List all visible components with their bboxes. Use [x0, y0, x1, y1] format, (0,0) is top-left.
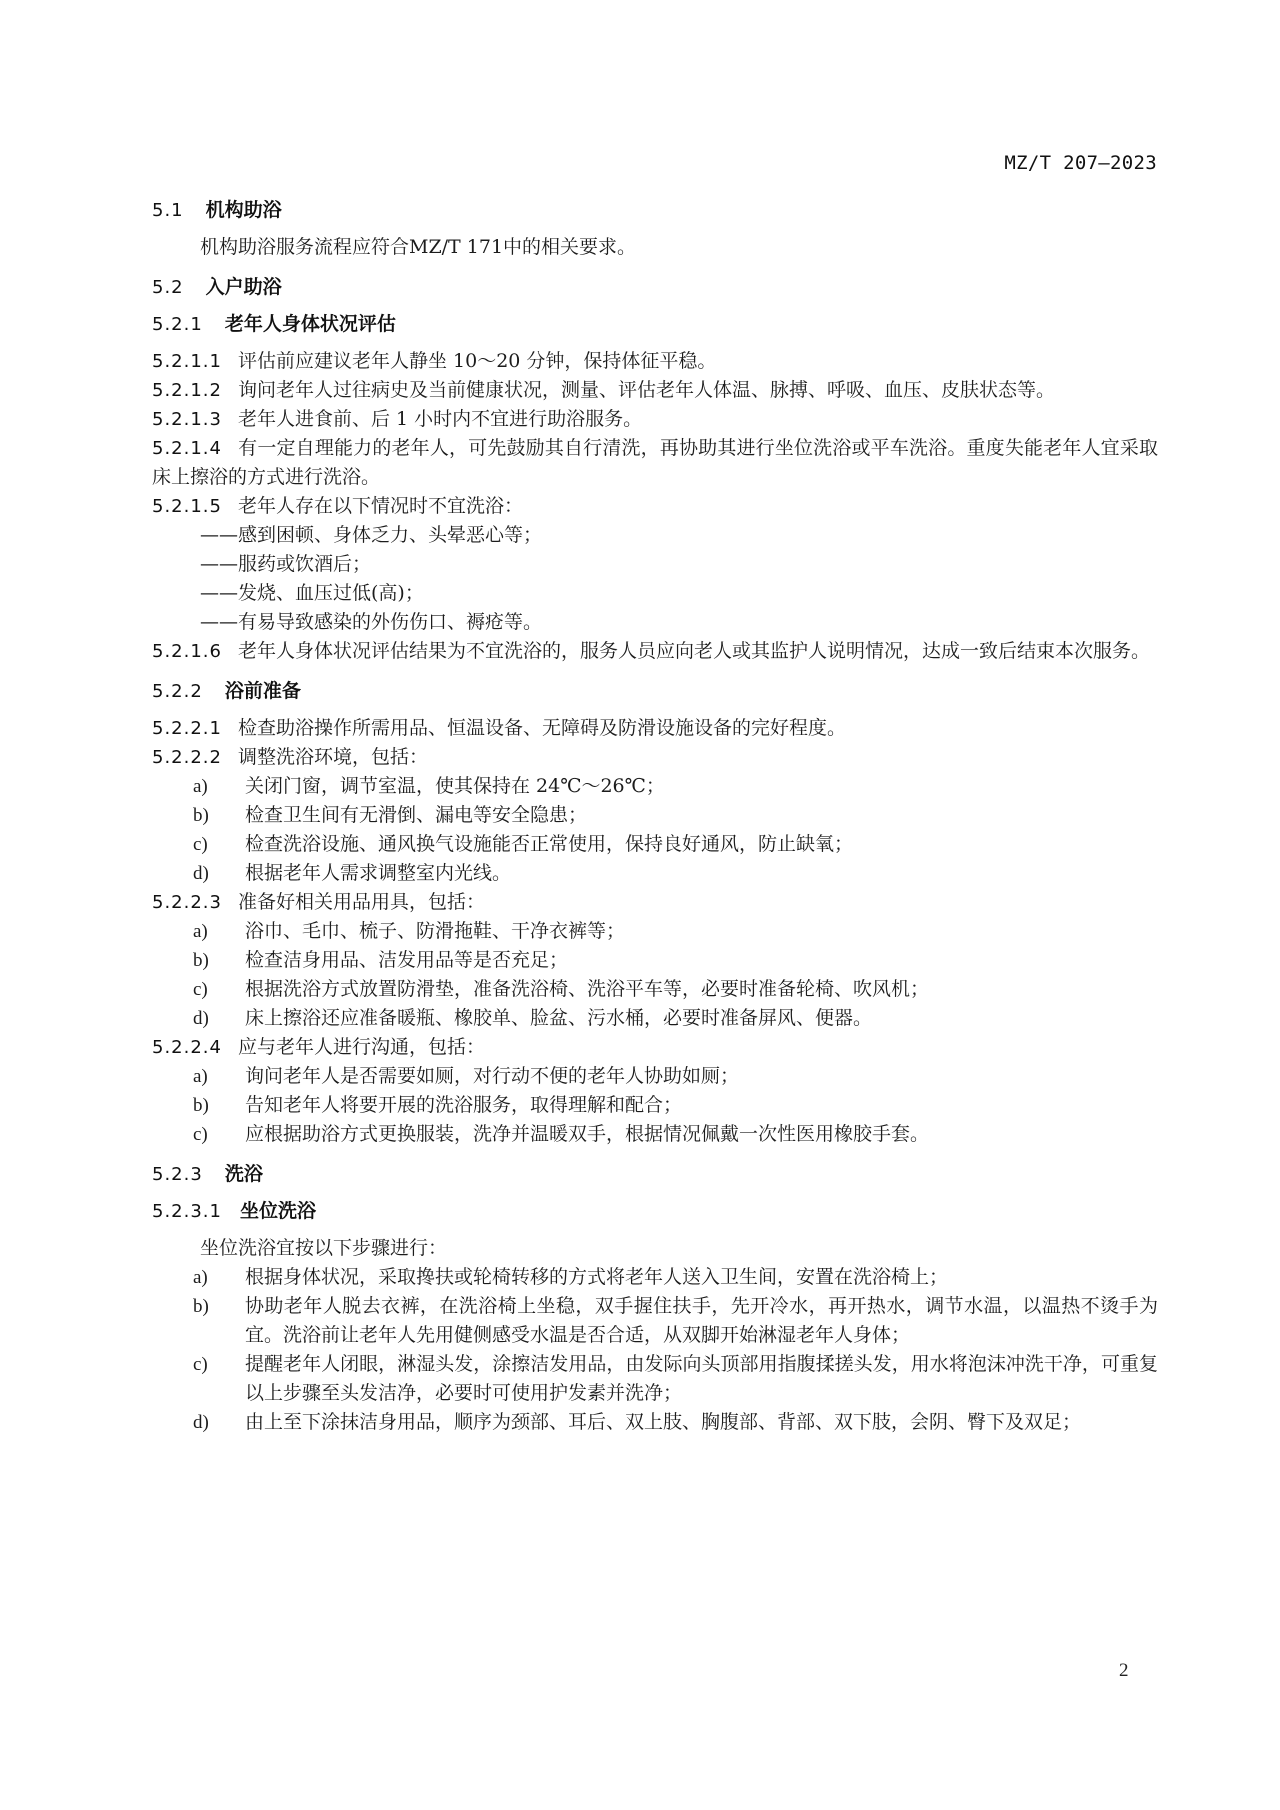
- clause-5-2-1-2: 5.2.1.2询问老年人过往病史及当前健康状况，测量、评估老年人体温、脉搏、呼吸…: [152, 376, 1158, 405]
- list-marker: d): [193, 1004, 209, 1033]
- list-marker: b): [193, 801, 209, 830]
- list-item-text: 关闭门窗，调节室温，使其保持在 24℃～26℃；: [245, 775, 665, 797]
- list-item: a)根据身体状况，采取搀扶或轮椅转移的方式将老年人送入卫生间，安置在洗浴椅上；: [152, 1263, 1158, 1292]
- list-item: c)根据洗浴方式放置防滑垫，准备洗浴椅、洗浴平车等，必要时准备轮椅、吹风机；: [152, 975, 1158, 1004]
- dash-list-item: ——感到困顿、身体乏力、头晕恶心等；: [152, 521, 1158, 550]
- list-item-text: 协助老年人脱去衣裤，在洗浴椅上坐稳，双手握住扶手，先开冷水，再开热水，调节水温，…: [245, 1295, 1158, 1346]
- list-item: b)检查洁身用品、洁发用品等是否充足；: [152, 946, 1158, 975]
- page-content: 5.1机构助浴 机构助浴服务流程应符合MZ/T 171中的相关要求。 5.2入户…: [152, 196, 1158, 1437]
- list-item: a)关闭门窗，调节室温，使其保持在 24℃～26℃；: [152, 772, 1158, 801]
- list-item: b)告知老年人将要开展的洗浴服务，取得理解和配合；: [152, 1091, 1158, 1120]
- section-title: 坐位洗浴: [240, 1200, 316, 1222]
- clause-5-2-2-2: 5.2.2.2调整洗浴环境，包括：: [152, 743, 1158, 772]
- clause-number: 5.2.1.4: [152, 434, 222, 463]
- document-standard-number: MZ/T 207—2023: [1004, 152, 1157, 174]
- list-item: c)应根据助浴方式更换服装，洗净并温暖双手，根据情况佩戴一次性医用橡胶手套。: [152, 1120, 1158, 1149]
- list-item-text: 床上擦浴还应准备暖瓶、橡胶单、脸盆、污水桶，必要时准备屏风、便器。: [245, 1007, 872, 1029]
- list-item-text: 提醒老年人闭眼，淋湿头发，涂擦洁发用品，由发际向头顶部用指腹揉搓头发，用水将泡沫…: [245, 1353, 1158, 1404]
- clause-text: 询问老年人过往病史及当前健康状况，测量、评估老年人体温、脉搏、呼吸、血压、皮肤状…: [238, 379, 1055, 401]
- page-number: 2: [1119, 1660, 1129, 1682]
- clause-text: 检查助浴操作所需用品、恒温设备、无障碍及防滑设施设备的完好程度。: [238, 717, 846, 739]
- section-title: 老年人身体状况评估: [225, 313, 396, 335]
- list-marker: b): [193, 946, 209, 975]
- clause-5-2-1-5: 5.2.1.5老年人存在以下情况时不宜洗浴：: [152, 492, 1158, 521]
- clause-text: 有一定自理能力的老年人，可先鼓励其自行清洗，再协助其进行坐位洗浴或平车洗浴。重度…: [152, 437, 1158, 488]
- clause-5-2-2-1: 5.2.2.1检查助浴操作所需用品、恒温设备、无障碍及防滑设施设备的完好程度。: [152, 714, 1158, 743]
- clause-text: 准备好相关用品用具，包括：: [238, 891, 485, 913]
- clause-5-2-2-3: 5.2.2.3准备好相关用品用具，包括：: [152, 888, 1158, 917]
- section-heading-5-2-3: 5.2.3洗浴: [152, 1160, 1158, 1189]
- clause-5-2-1-3: 5.2.1.3老年人进食前、后 1 小时内不宜进行助浴服务。: [152, 405, 1158, 434]
- clause-number: 5.2.2.2: [152, 743, 222, 772]
- list-marker: c): [193, 830, 208, 859]
- section-title: 洗浴: [225, 1163, 263, 1185]
- clause-number: 5.2.1.2: [152, 376, 222, 405]
- list-item-text: 询问老年人是否需要如厕，对行动不便的老年人协助如厕；: [245, 1065, 739, 1087]
- list-marker: a): [193, 1263, 208, 1292]
- clause-5-2-1-1: 5.2.1.1评估前应建议老年人静坐 10～20 分钟，保持体征平稳。: [152, 347, 1158, 376]
- section-heading-5-2: 5.2入户助浴: [152, 273, 1158, 302]
- list-marker: c): [193, 1350, 208, 1379]
- clause-number: 5.2.2.3: [152, 888, 222, 917]
- section-heading-5-2-2: 5.2.2浴前准备: [152, 677, 1158, 706]
- list-item-text: 检查洗浴设施、通风换气设施能否正常使用，保持良好通风，防止缺氧；: [245, 833, 853, 855]
- list-item-text: 浴巾、毛巾、梳子、防滑拖鞋、干净衣裤等；: [245, 920, 625, 942]
- section-title: 机构助浴: [206, 199, 282, 221]
- list-item: c)提醒老年人闭眼，淋湿头发，涂擦洁发用品，由发际向头顶部用指腹揉搓头发，用水将…: [152, 1350, 1158, 1408]
- clause-text: 评估前应建议老年人静坐 10～20 分钟，保持体征平稳。: [238, 350, 716, 372]
- section-heading-5-2-3-1: 5.2.3.1坐位洗浴: [152, 1197, 1158, 1226]
- list-marker: a): [193, 1062, 208, 1091]
- list-item: a)浴巾、毛巾、梳子、防滑拖鞋、干净衣裤等；: [152, 917, 1158, 946]
- clause-number: 5.2.1.3: [152, 405, 222, 434]
- dash-list-item: ——服药或饮酒后；: [152, 550, 1158, 579]
- section-title: 浴前准备: [225, 680, 301, 702]
- section-number: 5.1: [152, 196, 184, 225]
- list-marker: c): [193, 975, 208, 1004]
- clause-number: 5.2.2.4: [152, 1033, 222, 1062]
- list-item: d)由上至下涂抹洁身用品，顺序为颈部、耳后、双上肢、胸腹部、背部、双下肢，会阴、…: [152, 1408, 1158, 1437]
- list-item-text: 应根据助浴方式更换服装，洗净并温暖双手，根据情况佩戴一次性医用橡胶手套。: [245, 1123, 929, 1145]
- clause-number: 5.2.1.6: [152, 637, 222, 666]
- list-item-text: 根据身体状况，采取搀扶或轮椅转移的方式将老年人送入卫生间，安置在洗浴椅上；: [245, 1266, 948, 1288]
- section-number: 5.2: [152, 273, 184, 302]
- list-item: d)床上擦浴还应准备暖瓶、橡胶单、脸盆、污水桶，必要时准备屏风、便器。: [152, 1004, 1158, 1033]
- section-number: 5.2.3.1: [152, 1197, 222, 1226]
- dash-list-item: ——发烧、血压过低(高)；: [152, 579, 1158, 608]
- list-marker: c): [193, 1120, 208, 1149]
- clause-number: 5.2.2.1: [152, 714, 222, 743]
- clause-5-2-2-4: 5.2.2.4应与老年人进行沟通，包括：: [152, 1033, 1158, 1062]
- list-marker: a): [193, 772, 208, 801]
- clause-5-2-1-6: 5.2.1.6老年人身体状况评估结果为不宜洗浴的，服务人员应向老人或其监护人说明…: [152, 637, 1158, 666]
- clause-text: 调整洗浴环境，包括：: [238, 746, 428, 768]
- procedure-intro: 坐位洗浴宜按以下步骤进行：: [152, 1234, 1158, 1263]
- list-marker: d): [193, 1408, 209, 1437]
- document-page: MZ/T 207—2023 5.1机构助浴 机构助浴服务流程应符合MZ/T 17…: [0, 0, 1280, 1810]
- list-item-text: 检查卫生间有无滑倒、漏电等安全隐患；: [245, 804, 587, 826]
- list-marker: d): [193, 859, 209, 888]
- clause-text: 老年人身体状况评估结果为不宜洗浴的，服务人员应向老人或其监护人说明情况，达成一致…: [238, 640, 1150, 662]
- list-item: b)检查卫生间有无滑倒、漏电等安全隐患；: [152, 801, 1158, 830]
- list-marker: a): [193, 917, 208, 946]
- list-item-text: 由上至下涂抹洁身用品，顺序为颈部、耳后、双上肢、胸腹部、背部、双下肢，会阴、臀下…: [245, 1411, 1081, 1433]
- list-item-text: 检查洁身用品、洁发用品等是否充足；: [245, 949, 568, 971]
- dash-list-item: ——有易导致感染的外伤伤口、褥疮等。: [152, 608, 1158, 637]
- list-marker: b): [193, 1091, 209, 1120]
- clause-text: 应与老年人进行沟通，包括：: [238, 1036, 485, 1058]
- section-number: 5.2.1: [152, 310, 203, 339]
- list-item: b)协助老年人脱去衣裤，在洗浴椅上坐稳，双手握住扶手，先开冷水，再开热水，调节水…: [152, 1292, 1158, 1350]
- list-item: a)询问老年人是否需要如厕，对行动不便的老年人协助如厕；: [152, 1062, 1158, 1091]
- list-marker: b): [193, 1292, 209, 1321]
- clause-text: 老年人进食前、后 1 小时内不宜进行助浴服务。: [238, 408, 642, 430]
- section-5-1-body: 机构助浴服务流程应符合MZ/T 171中的相关要求。: [152, 233, 1158, 262]
- section-title: 入户助浴: [206, 276, 282, 298]
- clause-5-2-1-4: 5.2.1.4有一定自理能力的老年人，可先鼓励其自行清洗，再协助其进行坐位洗浴或…: [152, 434, 1158, 492]
- section-heading-5-2-1: 5.2.1老年人身体状况评估: [152, 310, 1158, 339]
- list-item-text: 告知老年人将要开展的洗浴服务，取得理解和配合；: [245, 1094, 682, 1116]
- list-item: d)根据老年人需求调整室内光线。: [152, 859, 1158, 888]
- clause-text: 老年人存在以下情况时不宜洗浴：: [238, 495, 523, 517]
- section-heading-5-1: 5.1机构助浴: [152, 196, 1158, 225]
- list-item-text: 根据老年人需求调整室内光线。: [245, 862, 511, 884]
- clause-number: 5.2.1.1: [152, 347, 222, 376]
- list-item: c)检查洗浴设施、通风换气设施能否正常使用，保持良好通风，防止缺氧；: [152, 830, 1158, 859]
- section-number: 5.2.2: [152, 677, 203, 706]
- list-item-text: 根据洗浴方式放置防滑垫，准备洗浴椅、洗浴平车等，必要时准备轮椅、吹风机；: [245, 978, 929, 1000]
- section-number: 5.2.3: [152, 1160, 203, 1189]
- clause-number: 5.2.1.5: [152, 492, 222, 521]
